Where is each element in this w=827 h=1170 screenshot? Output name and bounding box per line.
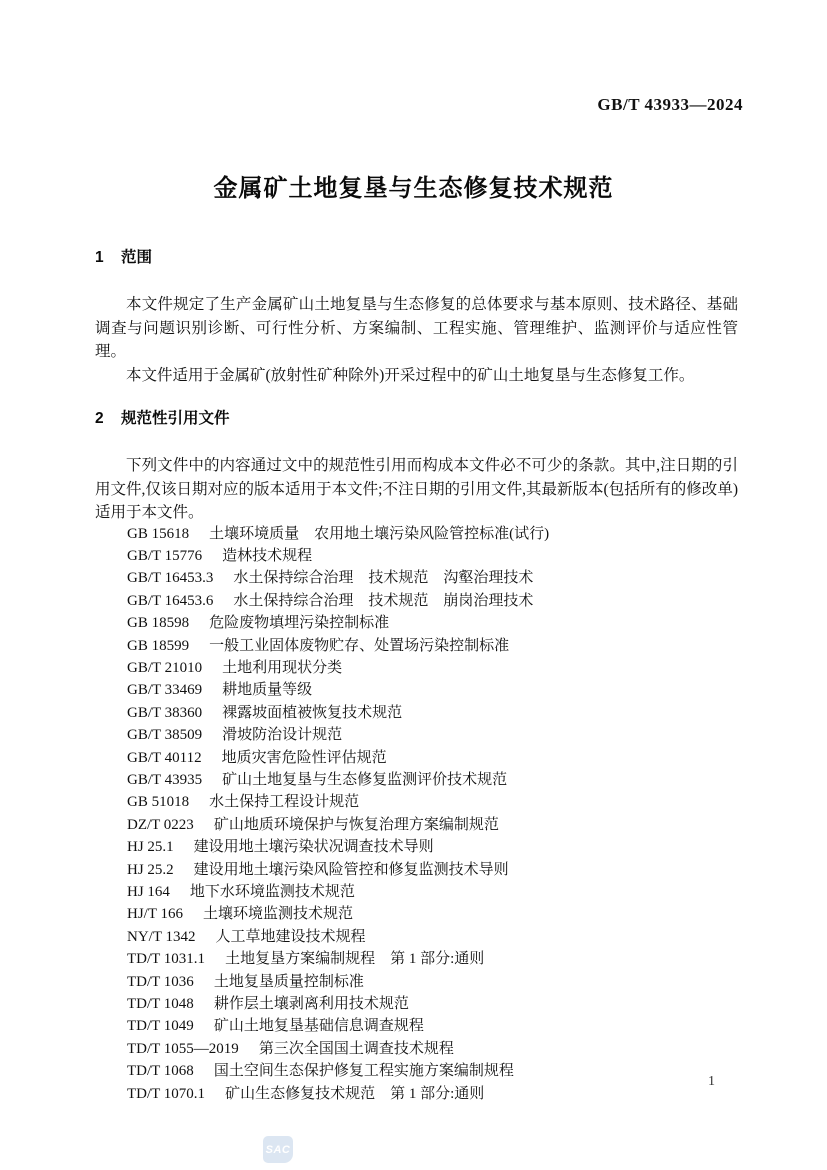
reference-code: GB 51018 <box>127 794 189 810</box>
reference-item: GB/T 21010土地利用现状分类 <box>95 657 738 679</box>
reference-title: 造林技术规程 <box>222 548 312 564</box>
reference-title: 土壤环境质量 农用地土壤污染风险管控标准(试行) <box>209 526 549 542</box>
reference-item: HJ 25.2建设用地土壤污染风险管控和修复监测技术导则 <box>95 859 738 881</box>
reference-item: TD/T 1068国土空间生态保护修复工程实施方案编制规程 <box>95 1060 738 1082</box>
reference-title: 第三次全国国土调查技术规程 <box>259 1041 454 1057</box>
reference-code: NY/T 1342 <box>127 929 195 945</box>
section-1-heading: 1 范围 <box>95 250 738 266</box>
reference-code: TD/T 1031.1 <box>127 951 205 967</box>
reference-code: GB 18599 <box>127 638 189 654</box>
reference-code: GB 18598 <box>127 615 189 631</box>
reference-item: NY/T 1342人工草地建设技术规程 <box>95 926 738 948</box>
section-number: 1 <box>95 250 104 266</box>
reference-title: 地下水环境监测技术规范 <box>190 884 355 900</box>
reference-code: TD/T 1068 <box>127 1063 194 1079</box>
page-number: 1 <box>708 1074 715 1090</box>
reference-item: GB/T 16453.6水土保持综合治理 技术规范 崩岗治理技术 <box>95 590 738 612</box>
reference-item: TD/T 1048耕作层土壤剥离利用技术规范 <box>95 993 738 1015</box>
reference-code: GB/T 33469 <box>127 682 202 698</box>
reference-title: 人工草地建设技术规程 <box>215 929 365 945</box>
reference-title: 地质灾害危险性评估规范 <box>222 750 387 766</box>
standard-code-header: GB/T 43933—2024 <box>597 95 743 115</box>
references-list: GB 15618土壤环境质量 农用地土壤污染风险管控标准(试行)GB/T 157… <box>95 523 738 1106</box>
reference-code: GB/T 15776 <box>127 548 202 564</box>
scope-paragraph-1: 本文件规定了生产金属矿山土地复垦与生态修复的总体要求与基本原则、技术路径、基础调… <box>95 293 738 364</box>
reference-title: 土地复垦质量控制标准 <box>214 974 364 990</box>
reference-title: 土壤环境监测技术规范 <box>203 906 353 922</box>
reference-item: HJ 25.1建设用地土壤污染状况调查技术导则 <box>95 836 738 858</box>
reference-item: TD/T 1049矿山土地复垦基础信息调查规程 <box>95 1015 738 1037</box>
reference-title: 国土空间生态保护修复工程实施方案编制规程 <box>214 1063 514 1079</box>
reference-item: DZ/T 0223矿山地质环境保护与恢复治理方案编制规范 <box>95 814 738 836</box>
reference-code: GB/T 43935 <box>127 772 202 788</box>
reference-title: 一般工业固体废物贮存、处置场污染控制标准 <box>209 638 509 654</box>
scope-paragraph-2: 本文件适用于金属矿(放射性矿种除外)开采过程中的矿山土地复垦与生态修复工作。 <box>95 364 738 388</box>
reference-title: 裸露坡面植被恢复技术规范 <box>222 705 402 721</box>
sac-watermark-text: SAC <box>266 1144 291 1156</box>
reference-title: 建设用地土壤污染风险管控和修复监测技术导则 <box>194 862 509 878</box>
reference-title: 矿山土地复垦基础信息调查规程 <box>214 1018 424 1034</box>
reference-item: HJ 164地下水环境监测技术规范 <box>95 881 738 903</box>
reference-item: TD/T 1070.1矿山生态修复技术规范 第 1 部分:通则 <box>95 1083 738 1105</box>
reference-title: 矿山地质环境保护与恢复治理方案编制规范 <box>214 817 499 833</box>
reference-title: 建设用地土壤污染状况调查技术导则 <box>194 839 434 855</box>
reference-item: GB 15618土壤环境质量 农用地土壤污染风险管控标准(试行) <box>95 523 738 545</box>
reference-item: GB 18599一般工业固体废物贮存、处置场污染控制标准 <box>95 635 738 657</box>
reference-title: 耕作层土壤剥离利用技术规范 <box>214 996 409 1012</box>
reference-code: GB 15618 <box>127 526 189 542</box>
reference-title: 土地复垦方案编制规程 第 1 部分:通则 <box>225 951 484 967</box>
section-title: 范围 <box>121 250 152 266</box>
reference-item: GB/T 38360裸露坡面植被恢复技术规范 <box>95 702 738 724</box>
reference-code: TD/T 1048 <box>127 996 194 1012</box>
reference-code: HJ/T 166 <box>127 906 183 922</box>
reference-title: 矿山土地复垦与生态修复监测评价技术规范 <box>222 772 507 788</box>
document-page: GB/T 43933—2024 金属矿土地复垦与生态修复技术规范 1 范围 本文… <box>0 0 827 1170</box>
reference-title: 水土保持工程设计规范 <box>209 794 359 810</box>
reference-code: TD/T 1070.1 <box>127 1086 205 1102</box>
reference-item: GB/T 33469耕地质量等级 <box>95 679 738 701</box>
document-body: 1 范围 本文件规定了生产金属矿山土地复垦与生态修复的总体要求与基本原则、技术路… <box>95 250 738 1105</box>
reference-item: GB/T 43935矿山土地复垦与生态修复监测评价技术规范 <box>95 769 738 791</box>
reference-code: GB/T 38360 <box>127 705 202 721</box>
reference-title: 矿山生态修复技术规范 第 1 部分:通则 <box>225 1086 484 1102</box>
reference-code: GB/T 16453.3 <box>127 570 213 586</box>
reference-item: TD/T 1036土地复垦质量控制标准 <box>95 971 738 993</box>
reference-item: GB/T 15776造林技术规程 <box>95 545 738 567</box>
reference-code: HJ 25.2 <box>127 862 174 878</box>
reference-title: 耕地质量等级 <box>222 682 312 698</box>
reference-item: TD/T 1031.1土地复垦方案编制规程 第 1 部分:通则 <box>95 948 738 970</box>
reference-code: TD/T 1049 <box>127 1018 194 1034</box>
section-number: 2 <box>95 411 104 427</box>
reference-code: TD/T 1036 <box>127 974 194 990</box>
reference-code: GB/T 21010 <box>127 660 202 676</box>
reference-item: GB/T 16453.3水土保持综合治理 技术规范 沟壑治理技术 <box>95 567 738 589</box>
reference-code: DZ/T 0223 <box>127 817 194 833</box>
section-2-heading: 2 规范性引用文件 <box>95 411 738 427</box>
reference-item: GB 18598危险废物填埋污染控制标准 <box>95 612 738 634</box>
reference-code: GB/T 16453.6 <box>127 593 213 609</box>
reference-item: GB/T 38509滑坡防治设计规范 <box>95 724 738 746</box>
reference-code: HJ 25.1 <box>127 839 174 855</box>
reference-item: GB 51018水土保持工程设计规范 <box>95 791 738 813</box>
reference-title: 水土保持综合治理 技术规范 沟壑治理技术 <box>233 570 533 586</box>
document-title: 金属矿土地复垦与生态修复技术规范 <box>0 168 827 203</box>
reference-title: 水土保持综合治理 技术规范 崩岗治理技术 <box>233 593 533 609</box>
reference-title: 土地利用现状分类 <box>222 660 342 676</box>
section-title: 规范性引用文件 <box>121 411 230 427</box>
reference-code: GB/T 40112 <box>127 750 202 766</box>
sac-watermark-logo: SAC <box>263 1136 293 1163</box>
reference-title: 危险废物填埋污染控制标准 <box>209 615 389 631</box>
reference-item: HJ/T 166土壤环境监测技术规范 <box>95 903 738 925</box>
reference-title: 滑坡防治设计规范 <box>222 727 342 743</box>
reference-code: GB/T 38509 <box>127 727 202 743</box>
reference-item: TD/T 1055—2019第三次全国国土调查技术规程 <box>95 1038 738 1060</box>
reference-code: TD/T 1055—2019 <box>127 1041 239 1057</box>
reference-code: HJ 164 <box>127 884 170 900</box>
normative-references-intro: 下列文件中的内容通过文中的规范性引用而构成本文件必不可少的条款。其中,注日期的引… <box>95 454 738 525</box>
reference-item: GB/T 40112地质灾害危险性评估规范 <box>95 747 738 769</box>
